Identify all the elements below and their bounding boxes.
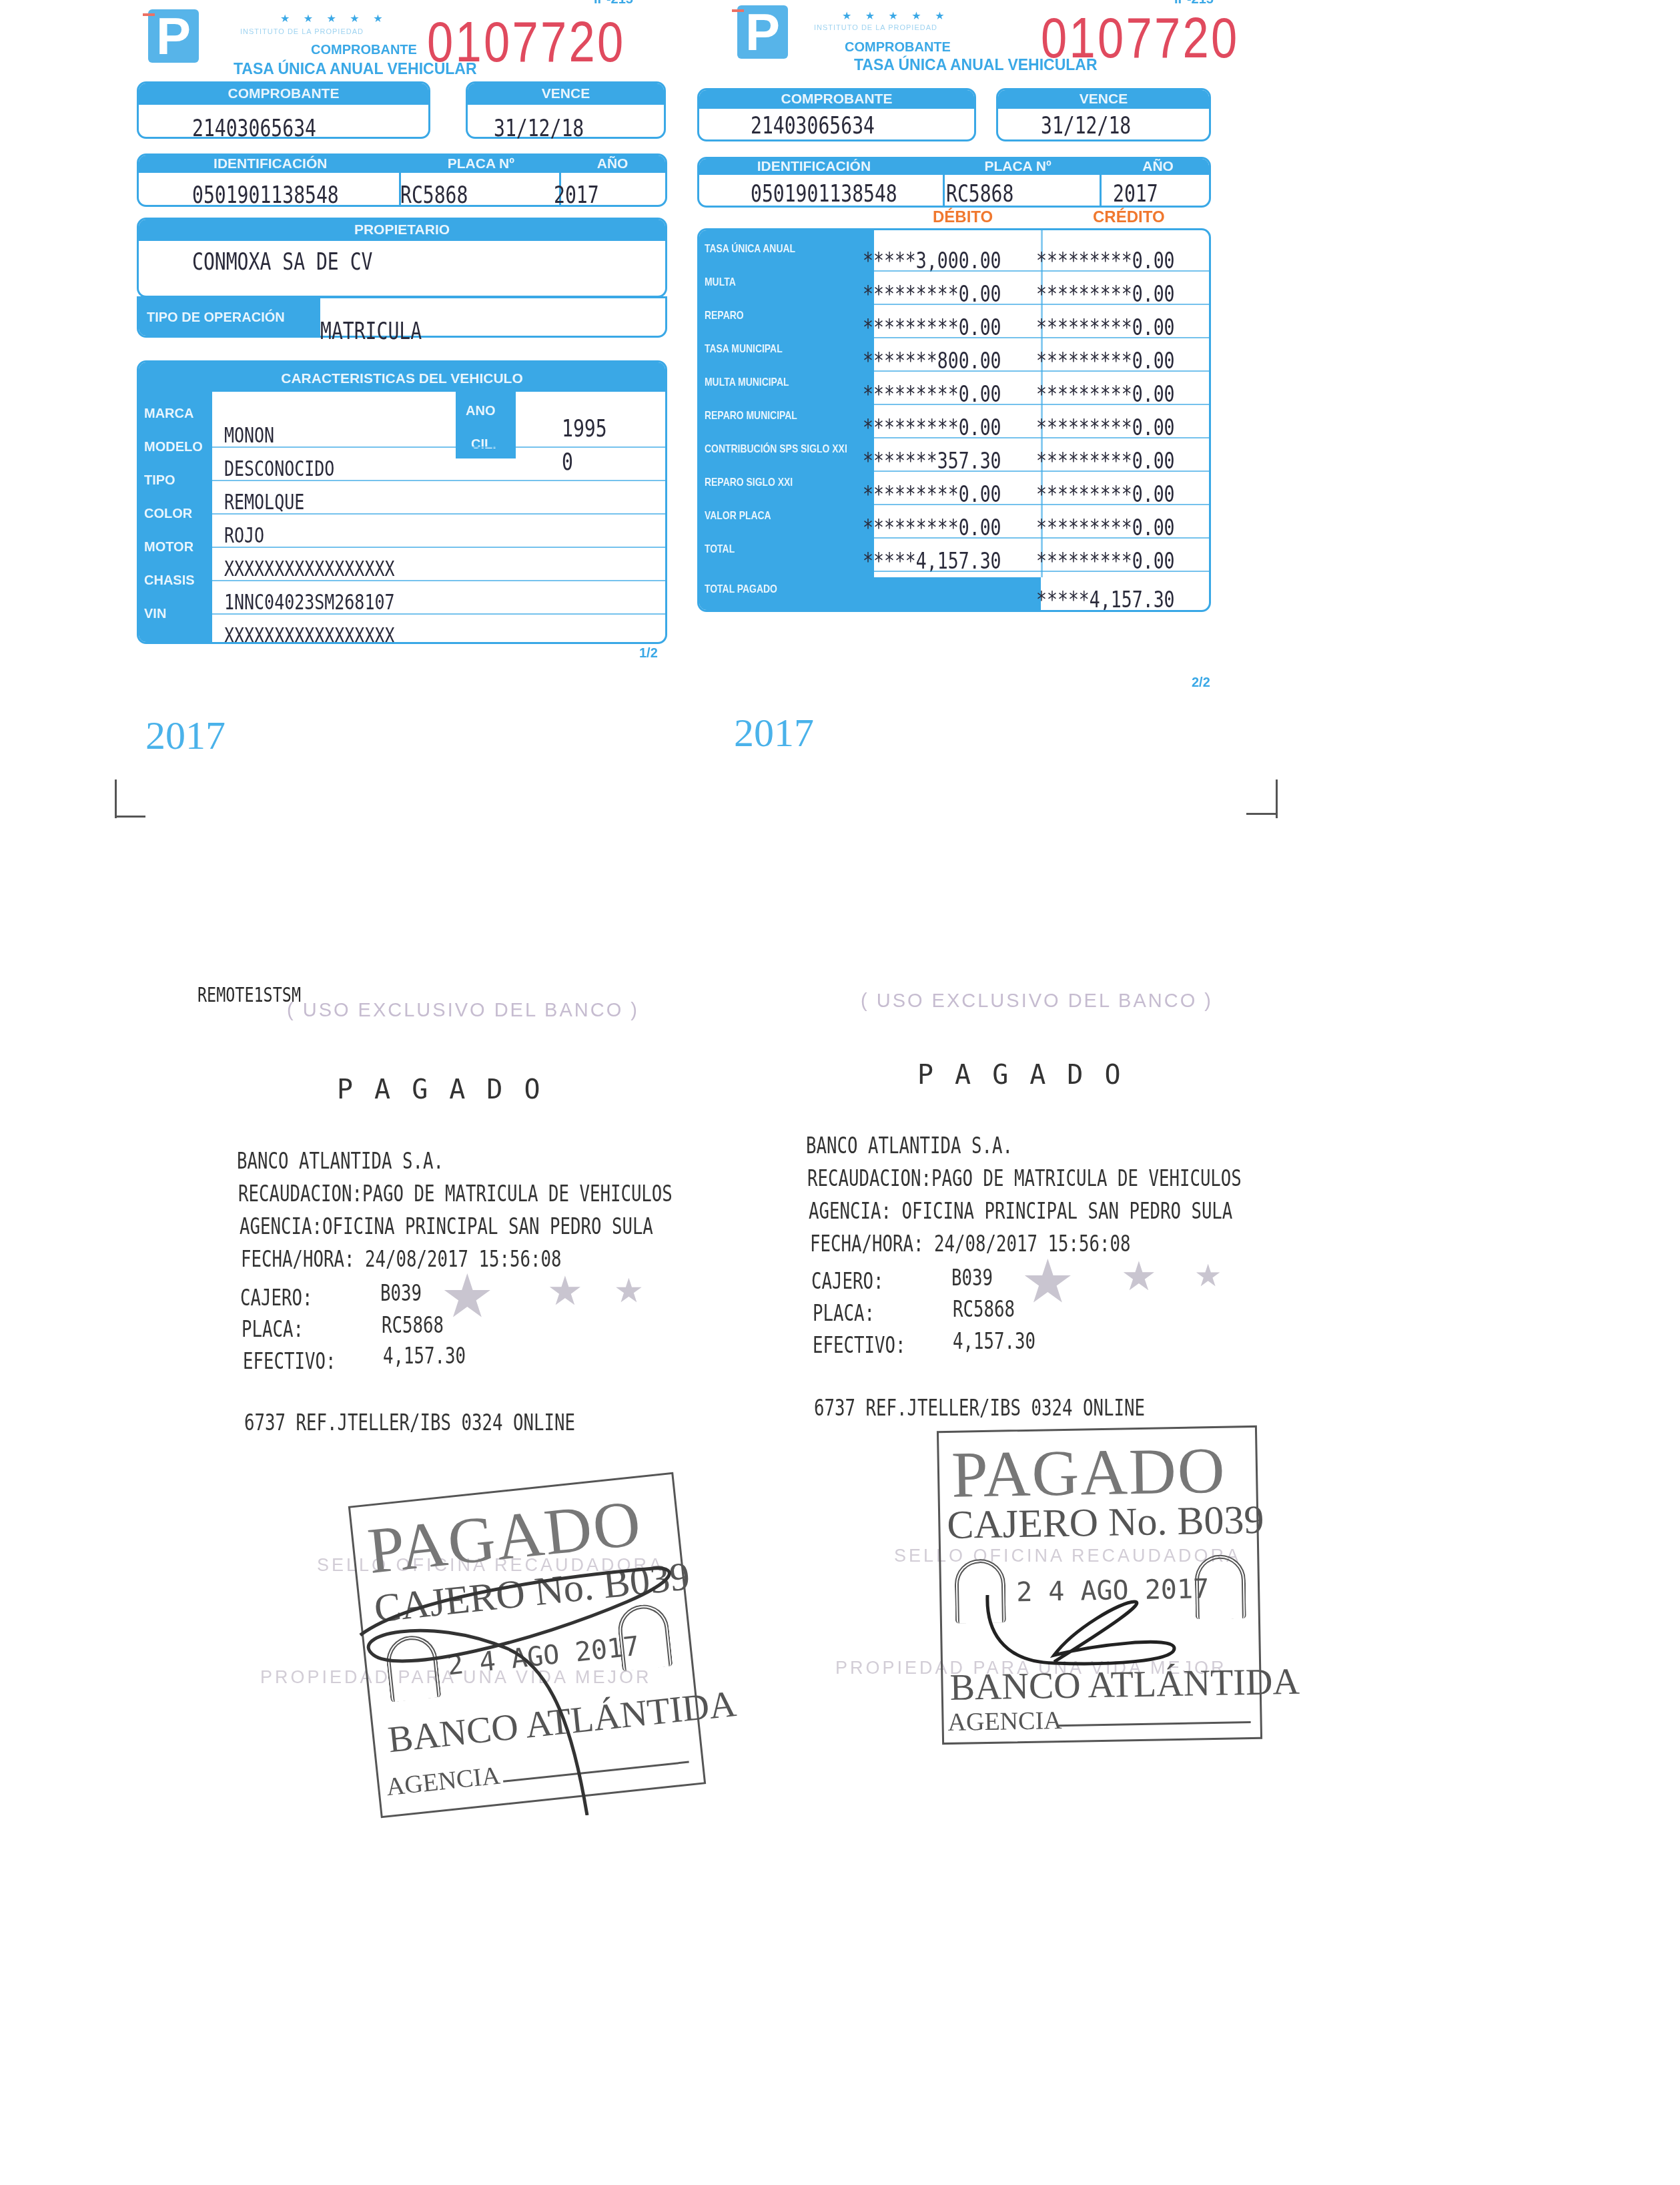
fee-label: REPARO SIGLO XXI bbox=[705, 476, 793, 489]
watermark-year: 2017 bbox=[145, 713, 226, 759]
placa-value: RC5868 bbox=[382, 1312, 444, 1338]
form-code: IP-215 bbox=[594, 0, 633, 7]
cajero-value: B039 bbox=[951, 1265, 993, 1291]
placa-value: RC5868 bbox=[946, 180, 1013, 208]
tipo-operacion-label: TIPO DE OPERACIÓN bbox=[147, 310, 285, 326]
placa-value: RC5868 bbox=[953, 1296, 1015, 1322]
fee-label: MULTA MUNICIPAL bbox=[705, 376, 789, 389]
placa-label: PLACA: bbox=[242, 1316, 304, 1342]
fee-label: REPARO MUNICIPAL bbox=[705, 409, 797, 422]
total-pagado-label: TOTAL PAGADO bbox=[705, 583, 777, 596]
fee-label: CONTRIBUCIÓN SPS SIGLO XXI bbox=[705, 442, 847, 456]
row-line bbox=[212, 513, 665, 515]
page-number: 1/2 bbox=[639, 646, 658, 661]
paid-status: PAGADO bbox=[917, 1060, 1142, 1090]
row-line bbox=[874, 504, 1209, 505]
anio-label: AÑO bbox=[560, 155, 665, 173]
propietario-label: PROPIETARIO bbox=[139, 220, 665, 241]
efectivo-label: EFECTIVO: bbox=[813, 1332, 905, 1358]
cil-value: 0 bbox=[562, 448, 573, 476]
vence-value: 31/12/18 bbox=[494, 115, 584, 142]
anio-value: 2017 bbox=[1113, 180, 1158, 208]
receipt-line: RECAUDACION:PAGO DE MATRICULA DE VEHICUL… bbox=[807, 1165, 1242, 1191]
row-line bbox=[874, 537, 1209, 539]
stars-icon: ★ ★ ★ ★ ★ bbox=[280, 12, 388, 25]
row-line bbox=[874, 571, 1209, 572]
receipt-line: AGENCIA:OFICINA PRINCIPAL SAN PEDRO SULA bbox=[240, 1213, 653, 1239]
cil-label: CIL. bbox=[471, 437, 496, 452]
vehicle-field-label: MODELO bbox=[144, 440, 203, 455]
total-pagado-value: *****4,157.30 bbox=[1036, 587, 1175, 612]
star-icon: ★ bbox=[440, 1261, 494, 1331]
fee-label: TOTAL bbox=[705, 543, 735, 556]
fee-label: MULTA bbox=[705, 276, 736, 289]
identificacion-header: IDENTIFICACIÓN PLACA Nº AÑO bbox=[139, 155, 665, 173]
comprobante-caption: COMPROBANTE bbox=[311, 43, 417, 58]
receipt-line: RECAUDACION:PAGO DE MATRICULA DE VEHICUL… bbox=[238, 1181, 673, 1207]
identificacion-value: 0501901138548 bbox=[192, 182, 339, 209]
vence-label: VENCE bbox=[468, 83, 664, 105]
identificacion-label: IDENTIFICACIÓN bbox=[139, 155, 402, 173]
paid-stamp: PAGADO CAJERO No. B039 2 4 AGO 2017 BANC… bbox=[937, 1426, 1262, 1745]
row-line bbox=[212, 446, 665, 448]
vehicle-field-label: CHASIS bbox=[144, 573, 195, 589]
star-icon: ★ bbox=[1194, 1257, 1222, 1293]
receipt-line: BANCO ATLANTIDA S.A. bbox=[806, 1133, 1013, 1159]
star-icon: ★ bbox=[614, 1271, 644, 1310]
vehicle-field-label: COLOR bbox=[144, 507, 192, 522]
row-line bbox=[874, 404, 1209, 405]
page-number: 2/2 bbox=[1192, 675, 1210, 691]
vence-label: VENCE bbox=[998, 90, 1209, 109]
caracteristicas-title: CARACTERISTICAS DEL VEHICULO bbox=[139, 362, 665, 392]
anio-value: 2017 bbox=[554, 182, 599, 209]
fees-table: TASA ÚNICA ANUAL*****3,000.00*********0.… bbox=[697, 228, 1211, 612]
row-line bbox=[212, 480, 665, 481]
agencia-line bbox=[1058, 1721, 1251, 1727]
ano-value: 1995 bbox=[562, 415, 607, 442]
placa-label: PLACA Nº bbox=[929, 159, 1107, 175]
vehicle-field-value: XXXXXXXXXXXXXXXXX bbox=[224, 623, 394, 644]
vehicle-field-label: MOTOR bbox=[144, 540, 193, 555]
fee-label: REPARO bbox=[705, 309, 744, 322]
row-line bbox=[874, 370, 1209, 372]
receipt-line: BANCO ATLANTIDA S.A. bbox=[237, 1148, 444, 1174]
row-line bbox=[874, 270, 1209, 272]
cajero-label: CAJERO: bbox=[240, 1285, 312, 1311]
ip-logo-icon: P bbox=[148, 9, 199, 63]
credito-label: CRÉDITO bbox=[1093, 208, 1165, 227]
tipo-operacion-value: MATRICULA bbox=[320, 318, 422, 345]
ano-label: ANO bbox=[466, 404, 495, 419]
cajero-value: B039 bbox=[380, 1280, 422, 1306]
stars-icon: ★ ★ ★ ★ ★ bbox=[842, 9, 950, 23]
institution-name: INSTITUTO DE LA PROPIEDAD bbox=[240, 28, 364, 36]
watermark-year: 2017 bbox=[734, 710, 814, 756]
row-line bbox=[212, 547, 665, 548]
receipt-line: FECHA/HORA: 24/08/2017 15:56:08 bbox=[241, 1246, 561, 1272]
propietario-value: CONMOXA SA DE CV bbox=[192, 248, 372, 276]
comprobante-value: 21403065634 bbox=[192, 115, 316, 142]
crop-mark bbox=[115, 816, 145, 818]
row-line bbox=[874, 337, 1209, 338]
vehicle-field-value: MONON bbox=[224, 422, 274, 448]
vehicle-field-label: VIN bbox=[144, 607, 166, 622]
star-icon: ★ bbox=[1121, 1253, 1157, 1300]
placa-label: PLACA Nº bbox=[402, 155, 560, 173]
fee-label: TASA ÚNICA ANUAL bbox=[705, 242, 795, 256]
signature bbox=[974, 1588, 1214, 1695]
row-line bbox=[212, 613, 665, 615]
vehicle-field-value: REMOLQUE bbox=[224, 489, 304, 515]
crop-mark bbox=[115, 779, 117, 818]
reference: 6737 REF.JTELLER/IBS 0324 ONLINE bbox=[244, 1410, 575, 1436]
signature bbox=[334, 1535, 707, 1815]
comprobante-label: COMPROBANTE bbox=[699, 90, 974, 109]
placa-label: PLACA: bbox=[813, 1300, 875, 1326]
efectivo-value: 4,157.30 bbox=[953, 1328, 1035, 1354]
vehicle-field-value: ROJO bbox=[224, 523, 264, 548]
fee-label: VALOR PLACA bbox=[705, 509, 771, 523]
terminal-id: REMOTE1STSM bbox=[197, 984, 301, 1007]
vehicle-field-value: DESCONOCIDO bbox=[224, 456, 334, 481]
form-code: IP-215 bbox=[1174, 0, 1214, 7]
vehicle-field-label: TIPO bbox=[144, 473, 175, 489]
ticket-title: TASA ÚNICA ANUAL VEHICULAR bbox=[854, 56, 1098, 74]
vehicle-field-label: MARCA bbox=[144, 406, 193, 422]
efectivo-label: EFECTIVO: bbox=[243, 1348, 336, 1374]
row-line bbox=[212, 580, 665, 581]
vehicle-field-value: 1NNC04023SM268107 bbox=[224, 589, 394, 615]
stamp-cajero: CAJERO No. B039 bbox=[947, 1497, 1264, 1548]
comprobante-value: 21403065634 bbox=[751, 112, 875, 139]
row-line bbox=[874, 304, 1209, 305]
identificacion-header: IDENTIFICACIÓN PLACA Nº AÑO bbox=[699, 159, 1209, 175]
divider bbox=[1100, 175, 1102, 206]
crop-mark bbox=[1246, 813, 1277, 815]
vehicle-field-value: XXXXXXXXXXXXXXXXX bbox=[224, 556, 394, 581]
comprobante-caption: COMPROBANTE bbox=[845, 40, 951, 55]
receipt-line: AGENCIA: OFICINA PRINCIPAL SAN PEDRO SUL… bbox=[809, 1198, 1232, 1224]
ticket-title: TASA ÚNICA ANUAL VEHICULAR bbox=[234, 60, 477, 78]
fee-label: TASA MUNICIPAL bbox=[705, 342, 783, 356]
star-icon: ★ bbox=[547, 1268, 583, 1315]
stamp-agencia: AGENCIA bbox=[947, 1706, 1062, 1737]
ip-logo-icon: P bbox=[737, 5, 788, 59]
placa-value: RC5868 bbox=[400, 182, 468, 209]
total-pagado-bar bbox=[874, 577, 1041, 612]
star-icon: ★ bbox=[1021, 1247, 1075, 1317]
row-line bbox=[874, 437, 1209, 438]
vence-value: 31/12/18 bbox=[1041, 112, 1131, 139]
row-line bbox=[874, 471, 1209, 472]
receipt-line: FECHA/HORA: 24/08/2017 15:56:08 bbox=[810, 1231, 1130, 1257]
paid-status: PAGADO bbox=[337, 1074, 562, 1105]
caracteristicas-box: CARACTERISTICAS DEL VEHICULO ANO CIL. MA… bbox=[137, 360, 667, 644]
identificacion-label: IDENTIFICACIÓN bbox=[699, 159, 929, 175]
reference: 6737 REF.JTELLER/IBS 0324 ONLINE bbox=[814, 1395, 1145, 1421]
institution-name: INSTITUTO DE LA PROPIEDAD bbox=[814, 24, 937, 32]
anio-label: AÑO bbox=[1107, 159, 1209, 175]
comprobante-label: COMPROBANTE bbox=[139, 83, 428, 105]
bank-use-caption: ( USO EXCLUSIVO DEL BANCO ) bbox=[287, 1000, 639, 1022]
identificacion-value: 0501901138548 bbox=[751, 180, 897, 208]
divider bbox=[943, 175, 945, 206]
cajero-label: CAJERO: bbox=[811, 1268, 883, 1294]
debito-label: DÉBITO bbox=[933, 208, 993, 227]
efectivo-value: 4,157.30 bbox=[383, 1343, 466, 1369]
bank-use-caption: ( USO EXCLUSIVO DEL BANCO ) bbox=[861, 990, 1213, 1012]
